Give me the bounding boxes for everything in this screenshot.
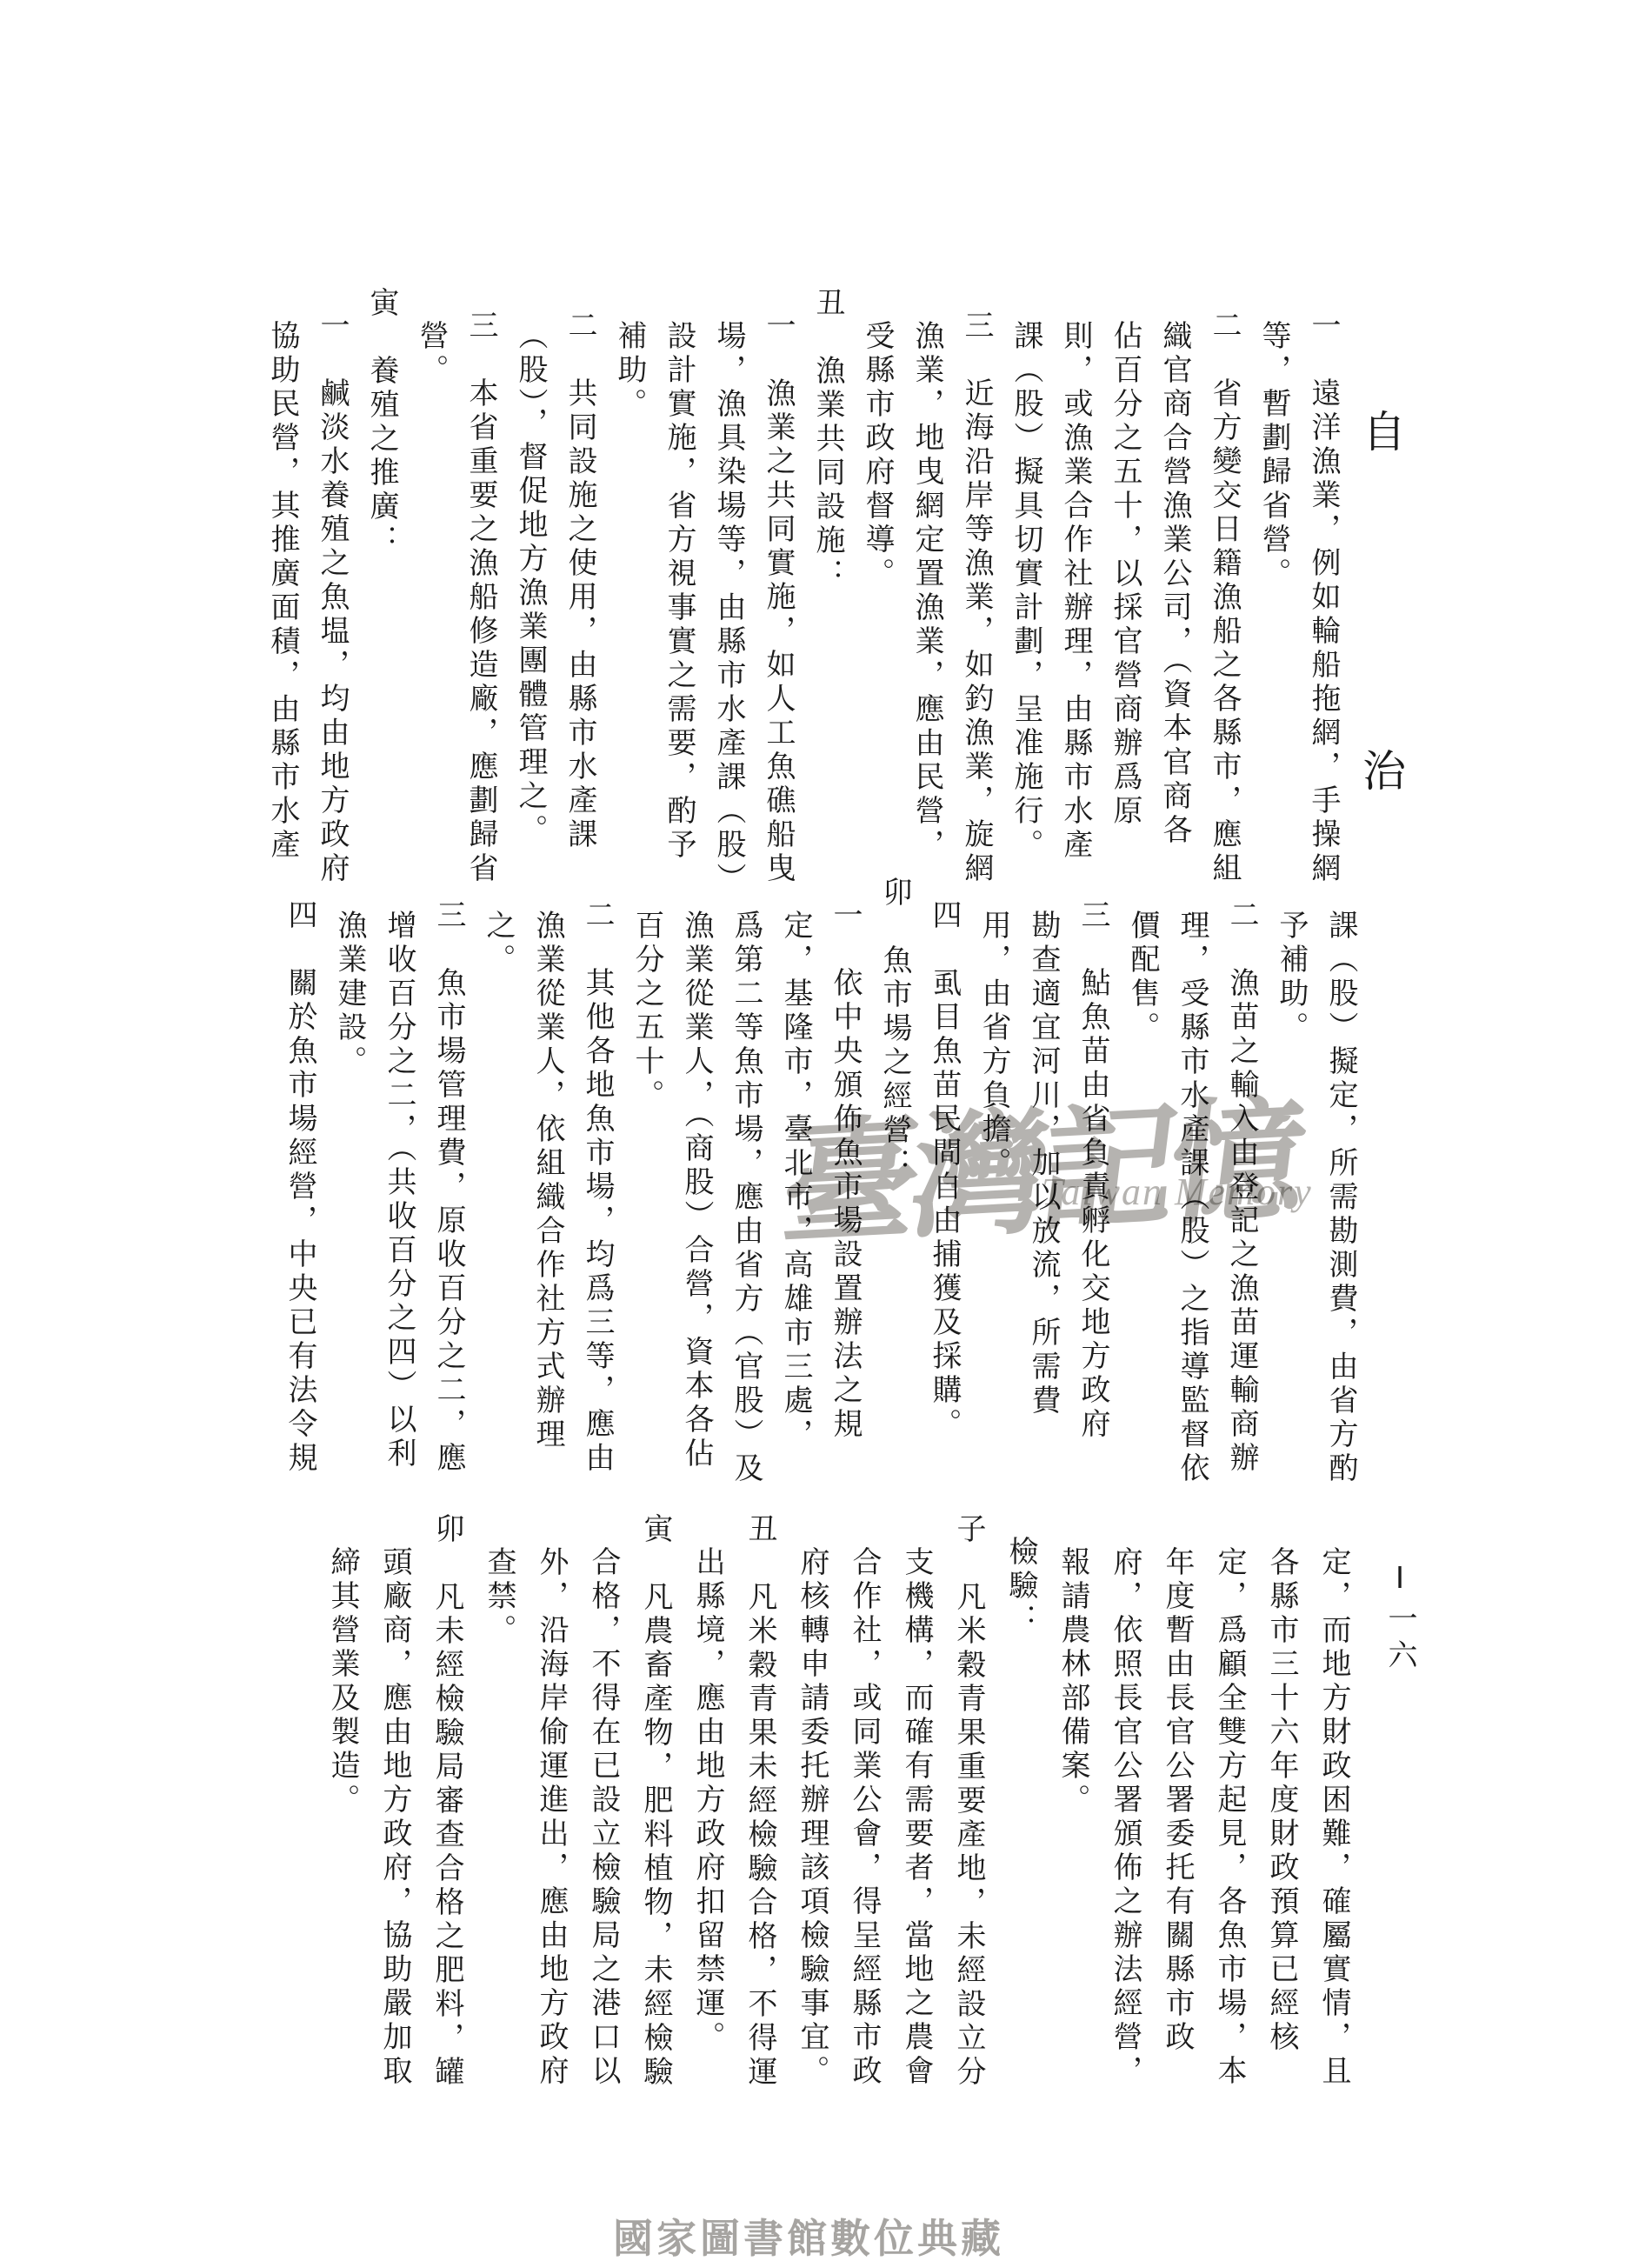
text-column: 場，漁具染場等，由縣市水產課（股） [711, 287, 744, 897]
text-band-top: 一 遠洋漁業，例如輪船拖網，手操網等，暫劃歸省營。二 省方變交日籍漁船之各縣市，… [265, 287, 1339, 897]
text-column: 一 依中央頒佈魚市場設置辦法之規 [828, 877, 861, 1442]
section-header: 自治 [1349, 409, 1412, 1087]
text-column: 營。 [414, 287, 447, 388]
text-column: 定，基隆市，臺北市，高雄市三處， [778, 877, 811, 1452]
text-column: 增收百分之二，（共收百分之四）以利 [382, 877, 415, 1471]
text-column: 勘查適宜河川，加以放流，所需費 [1026, 877, 1059, 1418]
text-column: 締其營業及製造。 [325, 1513, 358, 1817]
text-column: 等，暫劃歸省營。 [1256, 287, 1289, 591]
text-column: 課（股）擬定，所需勘測費，由省方酌 [1323, 877, 1356, 1486]
text-column: 報請農林部備案。 [1056, 1513, 1089, 1817]
text-column: 一 漁業之共同實施，如人工魚礁船曳 [761, 287, 794, 886]
text-column: 二 共同設施之使用，由縣市水產課 [563, 287, 596, 852]
text-band-bottom: 定，而地方財政困難，確屬實情，且各縣市三十六年度財政預算已經核定，爲顧全雙方起見… [325, 1513, 1349, 2090]
text-column: 寅 凡農畜產物，肥料植物，未經檢驗 [638, 1513, 671, 2090]
text-column: 一 遠洋漁業，例如輪船拖網，手操網 [1306, 287, 1339, 886]
text-column: 查禁。 [482, 1513, 515, 1648]
text-column: 課（股）擬具切實計劃，呈准施行。 [1009, 287, 1042, 863]
text-column: 丑 凡米穀青果未經檢驗合格，不得運 [743, 1513, 776, 2090]
text-column: 子 凡米穀青果重要產地，未經設立分 [951, 1513, 984, 2090]
text-column: 丑 漁業共同設施： [810, 287, 843, 592]
text-column: 二 漁苗之輸入由登記之漁苗運輸商辦 [1224, 877, 1257, 1476]
text-column: 漁業，地曳網定置漁業，應由民營， [909, 287, 943, 863]
text-column: 出縣境，應由地方政府扣留禁運。 [690, 1513, 723, 2055]
text-column: 漁業從業人，（商股）合營，資本各佔 [679, 877, 712, 1471]
text-column: 理，受縣市水產課（股）之指導監督依 [1175, 877, 1208, 1486]
text-column: 三 本省重要之漁船修造廠，應劃歸省 [463, 287, 496, 886]
page-number: Ⅰ一六 [1378, 1561, 1421, 1676]
text-column: 三 近海沿岸等漁業，如釣漁業，旋網 [959, 287, 992, 886]
text-column: 定，而地方財政困難，確屬實情，且 [1316, 1513, 1349, 2089]
library-archive-caption: 國家圖書館數位典藏 [613, 2207, 1004, 2261]
text-column: 予補助。 [1274, 877, 1307, 1045]
text-column: 爲第二等魚市場，應由省方（官股）及 [729, 877, 762, 1486]
text-column: 定，爲顧全雙方起見，各魚市場，本 [1212, 1513, 1245, 2089]
text-column: 漁業從業人，依組織合作社方式辦理 [530, 877, 563, 1452]
text-column: 之。 [481, 877, 514, 977]
text-band-middle: 課（股）擬定，所需勘測費，由省方酌予補助。二 漁苗之輸入由登記之漁苗運輸商辦理，… [283, 877, 1356, 1486]
text-column: 卯 魚市場之經營： [877, 877, 910, 1182]
text-column: 支機構，而確有需要者，當地之農會 [899, 1513, 932, 2089]
text-column: 價配售。 [1125, 877, 1158, 1045]
text-column: 四 關於魚市場經營，中央已有法令規 [283, 877, 316, 1476]
text-column: 各縣市三十六年度財政預算已經核 [1264, 1513, 1297, 2055]
scanned-document-page: 自治 一 遠洋漁業，例如輪船拖網，手操網等，暫劃歸省營。二 省方變交日籍漁船之各… [0, 0, 1652, 2261]
text-column: 合格，不得在已設立檢驗局之港口以 [586, 1513, 619, 2089]
text-column: 頭廠商，應由地方政府，協助嚴加取 [377, 1513, 410, 2089]
text-column: 受縣市政府督導。 [860, 287, 893, 591]
text-column: 三 魚市場管理費，原收百分之二，應 [431, 877, 464, 1476]
text-column: 年度暫由長官公署委托有關縣市政 [1160, 1513, 1193, 2055]
text-column: 合作社，或同業公會，得呈經縣市政 [847, 1513, 880, 2089]
text-column: 佔百分之五十，以採官營商辦爲原 [1108, 287, 1141, 829]
text-column: （股），督促地方漁業團體管理之。 [513, 287, 546, 848]
text-column: 漁業建設。 [332, 877, 365, 1079]
text-column: 寅 養殖之推廣： [364, 287, 397, 558]
text-column: 用，由省方負擔。 [976, 877, 1009, 1181]
text-column: 協助民營，其推廣面積，由縣市水產 [265, 287, 298, 863]
text-column: 府核轉申請委托辦理該項檢驗事宜。 [795, 1513, 828, 2089]
text-column: 府，依照長官公署頒佈之辦法經營， [1108, 1513, 1141, 2089]
text-column: 則，或漁業合作社辦理，由縣市水產 [1058, 287, 1091, 863]
text-column: 補助。 [612, 287, 645, 422]
text-column: 一 鹹淡水養殖之魚塭，均由地方政府 [315, 287, 348, 886]
text-column: 織官商合營漁業公司，（資本官商各 [1157, 287, 1190, 848]
text-column: 外，沿海岸偷運進出，應由地方政府 [534, 1513, 567, 2089]
text-column: 二 省方變交日籍漁船之各縣市，應組 [1207, 287, 1240, 886]
text-column: 三 鮎魚苗由省負責孵化交地方政府 [1076, 877, 1109, 1442]
text-column: 檢驗： [1003, 1513, 1036, 1637]
text-column: 二 其他各地魚市場，均爲三等，應由 [580, 877, 613, 1476]
text-column: 設計實施，省方視事實之需要，酌予 [662, 287, 695, 863]
text-column: 百分之五十。 [629, 877, 663, 1113]
text-column: 四 虱目魚苗民間自由捕獲及採購。 [927, 877, 960, 1442]
text-column: 卯 凡未經檢驗局審查合格之肥料，罐 [430, 1513, 463, 2090]
